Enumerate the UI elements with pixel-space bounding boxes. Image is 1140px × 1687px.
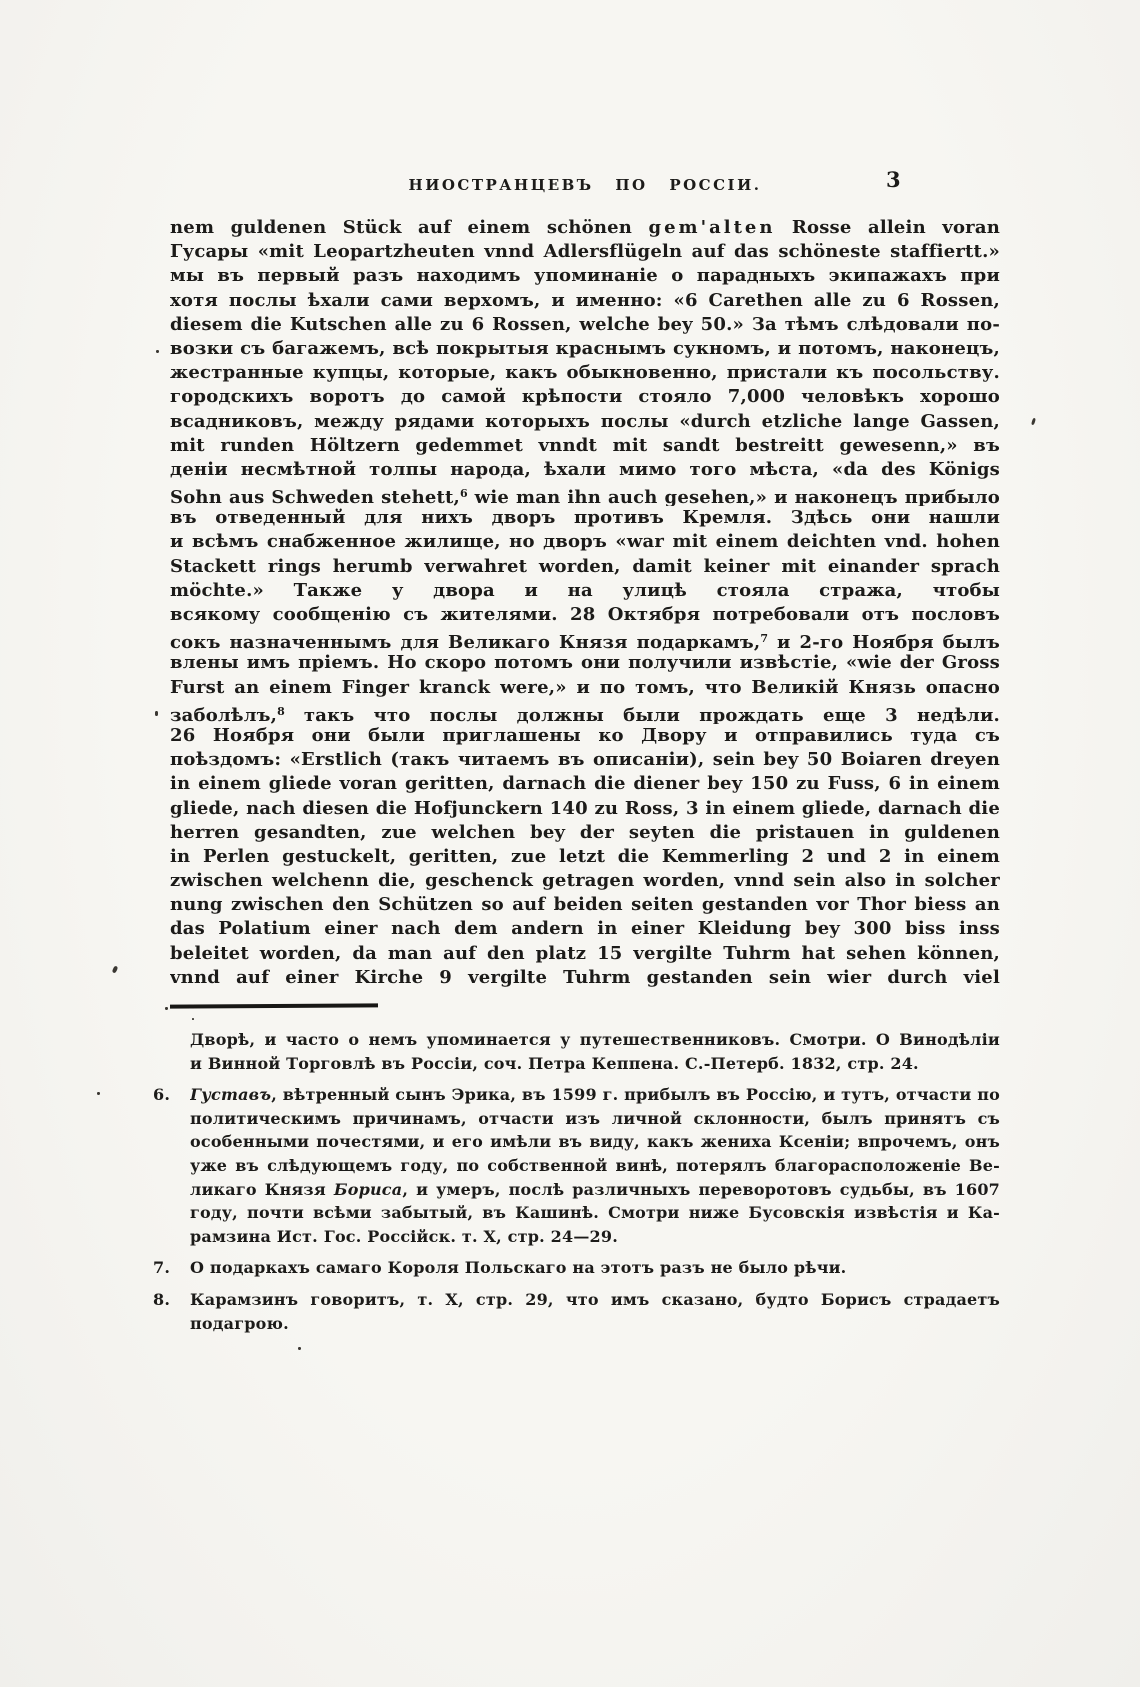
body-text-line: влены имъ пріемъ. Но скоро потомъ они по… [170,651,1000,675]
footnote-line: Карамзинъ говоритъ, т. X, стр. 29, что и… [190,1288,1000,1312]
footnote-line: подагрою. [190,1312,1000,1336]
body-text-line: vnnd auf einer Kirche 9 vergilte Tuhrm g… [170,966,1000,990]
footnote-marker: 8 [277,705,285,718]
ink-speck [165,1007,168,1010]
body-text-line: и всѣмъ снабженное жилище, но дворъ «war… [170,530,1000,554]
footnote-line: уже въ слѣдующемъ году, по собственной в… [190,1154,1000,1178]
body-text: nem guldenen Stück auf einem schönen gem… [170,216,1000,990]
body-text-line: деніи несмѣтной толпы народа, ѣхали мимо… [170,458,1000,482]
footnote-line: ликаго Князя Бориса, и умеръ, послѣ разл… [190,1178,1000,1202]
footnote-number: 6. [153,1083,170,1107]
body-text-line: въ отведенный для нихъ дворъ противъ Кре… [170,506,1000,530]
running-header-title: НИОСТРАНЦЕВЪ ПО РОССІИ. [409,176,762,194]
body-text-line: всякому сообщенію съ жителями. 28 Октябр… [170,603,1000,627]
ink-speck [112,965,119,973]
body-text-line: городскихъ воротъ до самой крѣпости стоя… [170,385,1000,409]
ink-speck [192,1018,194,1020]
body-text-line: möchte.» Также у двора и на улицѣ стояла… [170,579,1000,603]
footnote-item: 7.О подаркахъ самаго Короля Польскаго на… [190,1256,1000,1280]
body-text-line: сокъ назначеннымъ для Великаго Князя под… [170,627,1000,651]
body-text-line: in Perlen gestuckelt, geritten, zue letz… [170,845,1000,869]
body-text-line: beleitet worden, da man auf den platz 15… [170,942,1000,966]
body-text-line: возки съ багажемъ, всѣ покрытыя краснымъ… [170,337,1000,361]
body-text-line: nung zwischen den Schützen so auf beiden… [170,893,1000,917]
footnote-separator-rule [170,1003,378,1008]
footnote-line: Дворѣ, и часто о немъ упоминается у путе… [190,1028,1000,1052]
footnotes-section: Дворѣ, и часто о немъ упоминается у путе… [190,1028,1000,1343]
letterspaced-text: gem'alten [648,217,775,238]
body-text-line: Furst an einem Finger kranck were,» и по… [170,676,1000,700]
body-text-line: Sohn aus Schweden stehett,6 wie man ihn … [170,482,1000,506]
body-text-line: gliede, nach diesen die Hofjunckern 140 … [170,797,1000,821]
body-text-line: жестранные купцы, которые, какъ обыкнове… [170,361,1000,385]
footnote-item: 6.Густавъ, вѣтренный сынъ Эрика, въ 1599… [190,1083,1000,1248]
body-text-line: мы въ первый разъ находимъ упоминаніе о … [170,264,1000,288]
footnote-line: рамзина Ист. Гос. Россійск. т. X, стр. 2… [190,1225,1000,1249]
footnote-line: О подаркахъ самаго Короля Польскаго на э… [190,1256,1000,1280]
running-header: НИОСТРАНЦЕВЪ ПО РОССІИ. [170,176,1000,194]
footnote-list: 6.Густавъ, вѣтренный сынъ Эрика, въ 1599… [190,1083,1000,1335]
ink-speck [298,1347,301,1350]
ink-speck [1031,418,1036,426]
body-text-line: хотя послы ѣхали сами верхомъ, и именно:… [170,289,1000,313]
body-text-line: 26 Ноября они были приглашены ко Двору и… [170,724,1000,748]
footnote-item: 8.Карамзинъ говоритъ, т. X, стр. 29, что… [190,1288,1000,1335]
body-text-line: in einem gliede voran geritten, darnach … [170,772,1000,796]
body-text-line: nem guldenen Stück auf einem schönen gem… [170,216,1000,240]
italic-text: Бориса [334,1180,402,1199]
footnote-marker: 6 [460,487,468,500]
body-text-line: mit runden Höltzern gedemmet vnndt mit s… [170,434,1000,458]
footnote-line: году, почти всѣми забытый, въ Кашинѣ. См… [190,1201,1000,1225]
book-page: НИОСТРАНЦЕВЪ ПО РОССІИ. 3 nem guldenen S… [0,0,1140,1687]
italic-text: Густавъ [190,1085,271,1104]
body-text-line: заболѣлъ,8 такъ что послы должны были пр… [170,700,1000,724]
body-text-line: Гусары «mit Leopartzheuten vnnd Adlersfl… [170,240,1000,264]
body-text-line: herren gesandten, zue welchen bey der se… [170,821,1000,845]
footnote-line: Густавъ, вѣтренный сынъ Эрика, въ 1599 г… [190,1083,1000,1107]
body-text-line: поѣздомъ: «Erstlich (такъ читаемъ въ опи… [170,748,1000,772]
footnote-number: 7. [153,1256,170,1280]
body-text-line: das Polatium einer nach dem andern in ei… [170,917,1000,941]
footnote-line: особенными почестями, и его имѣли въ вид… [190,1130,1000,1154]
ink-speck [155,711,158,716]
body-text-line: diesem die Kutschen alle zu 6 Rossen, we… [170,313,1000,337]
ink-speck [156,350,159,353]
body-text-line: zwischen welchenn die, geschenck getrage… [170,869,1000,893]
footnote-marker: 7 [760,632,768,645]
body-text-line: Stackett rings herumb verwahret worden, … [170,555,1000,579]
body-text-line: всадниковъ, между рядами которыхъ послы … [170,410,1000,434]
footnote-line: политическимъ причинамъ, отчасти изъ лич… [190,1107,1000,1131]
footnote-continuation: Дворѣ, и часто о немъ упоминается у путе… [190,1028,1000,1075]
footnote-line: и Винной Торговлѣ въ Россіи, соч. Петра … [190,1052,1000,1076]
footnote-number: 8. [153,1288,170,1312]
page-number: 3 [886,167,901,192]
ink-speck [97,1092,100,1095]
